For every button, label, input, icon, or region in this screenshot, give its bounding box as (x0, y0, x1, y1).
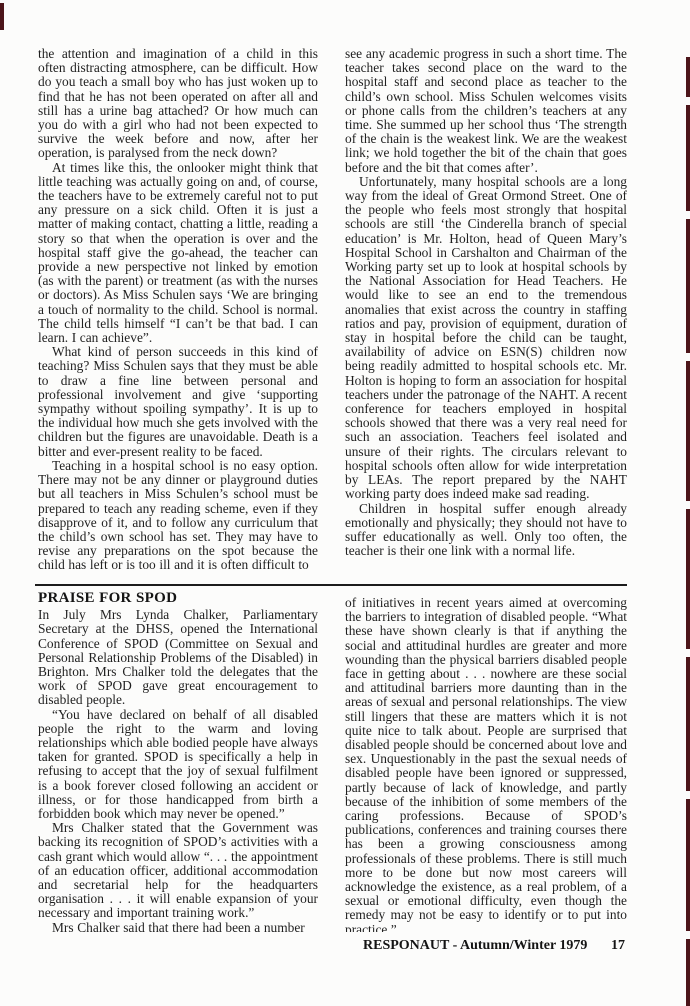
article-paragraph: “You have declared on behalf of all disa… (38, 708, 318, 822)
article-paragraph: Children in hospital suffer enough alrea… (345, 502, 627, 559)
hospital-article-left-column: the attention and imagination of a child… (38, 47, 318, 587)
article-paragraph: Unfortunately, many hospital schools are… (345, 175, 627, 502)
article-headline: PRAISE FOR SPOD (38, 591, 318, 605)
page-edge-scan-mark (686, 219, 690, 353)
article-paragraph: What kind of person succeeds in this kin… (38, 345, 318, 459)
page-edge-scan-mark (686, 657, 690, 791)
section-divider-rule (35, 584, 627, 586)
page-number: 17 (611, 938, 627, 954)
article-paragraph: see any academic progress in such a shor… (345, 47, 627, 175)
page-footer: RESPONAUT - Autumn/Winter 1979 17 (345, 938, 627, 954)
page-edge-scan-mark (686, 799, 690, 931)
hospital-article-right-column: see any academic progress in such a shor… (345, 47, 627, 587)
page-edge-scan-mark (686, 939, 690, 1006)
article-paragraph: Teaching in a hospital school is no easy… (38, 459, 318, 573)
article-paragraph: Mrs Chalker said that there had been a n… (38, 921, 318, 935)
page-edge-scan-mark (686, 105, 690, 211)
article-paragraph: of initiatives in recent years aimed at … (345, 596, 627, 932)
article-paragraph: Mrs Chalker stated that the Government w… (38, 821, 318, 920)
journal-title: RESPONAUT - Autumn/Winter 1979 (363, 938, 587, 954)
spod-article-left-column: PRAISE FOR SPOD In July Mrs Lynda Chalke… (38, 591, 318, 991)
article-paragraph: At times like this, the onlooker might t… (38, 161, 318, 346)
article-paragraph: In July Mrs Lynda Chalker, Parliamentary… (38, 608, 318, 707)
magazine-page: the attention and imagination of a child… (0, 0, 690, 1006)
page-edge-scan-mark (0, 3, 4, 30)
article-paragraph: the attention and imagination of a child… (38, 47, 318, 161)
page-edge-scan-mark (686, 361, 690, 501)
spod-article-right-column: of initiatives in recent years aimed at … (345, 596, 627, 932)
page-edge-scan-mark (686, 509, 690, 649)
page-edge-scan-mark (686, 57, 690, 97)
